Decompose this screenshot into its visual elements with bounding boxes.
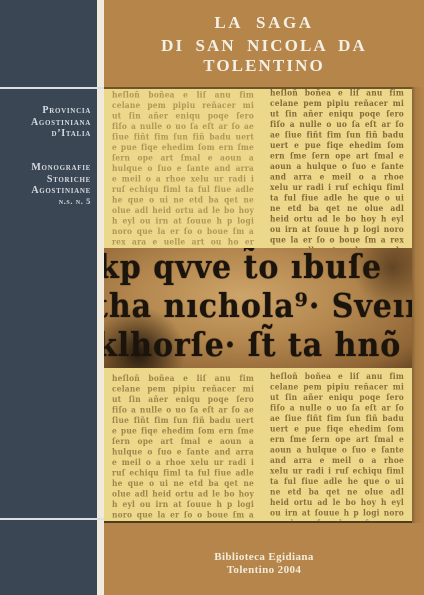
publisher-name: Biblioteca Egidiana [104, 551, 424, 564]
title-line-1: LA SAGA [104, 13, 424, 33]
sidebar-rule-top [0, 87, 104, 89]
closeup-line-1: kp qvve t̃o ıbuſe [104, 248, 412, 289]
province-line-2: Agostiniana [31, 117, 91, 129]
sidebar-province-block: Provincia Agostiniana d’Italia [31, 105, 91, 140]
manuscript-closeup-band: kp qvve t̃o ıbuſe tha nıchola⁹· Sveın h … [104, 248, 412, 368]
book-cover: Provincia Agostiniana d’Italia Monografi… [0, 0, 424, 595]
manuscript-column-bottom-right: heſloñ boñea e liſ anu fim celane pem pi… [270, 371, 404, 520]
collection-number: n.s. n. 5 [31, 197, 91, 206]
vertical-divider-strip [97, 0, 104, 595]
collection-line-3: Agostiniane [31, 185, 91, 197]
title-band: LA SAGA DI SAN NICOLA DA TOLENTINO a cur… [104, 0, 424, 87]
title-line-2: DI SAN NICOLA DA TOLENTINO [104, 36, 424, 76]
manuscript-column-bottom-left: heſloñ boñea e liſ anu fim celane pem pi… [112, 374, 254, 521]
province-line-3: d’Italia [31, 128, 91, 140]
province-line-1: Provincia [31, 105, 91, 117]
manuscript-image: heſloñ boñea e liſ anu fim celane pem pi… [104, 87, 412, 523]
closeup-line-2: tha nıchola⁹· Sveın h [104, 285, 412, 327]
right-brown-strip [412, 87, 424, 523]
sidebar-collection-block: Monografie Storiche Agostiniane n.s. n. … [31, 162, 91, 206]
collection-line-1: Monografie [31, 162, 91, 174]
publisher-band: Biblioteca Egidiana Tolentino 2004 [104, 523, 424, 595]
sidebar-rule-bottom [0, 518, 104, 520]
manuscript-column-top-left: heſloñ boñea e liſ anu fim celane pem pi… [112, 90, 254, 250]
manuscript-column-top-right: heſloñ boñea e liſ anu fim celane pem pi… [270, 88, 404, 250]
sidebar: Provincia Agostiniana d’Italia Monografi… [0, 0, 97, 595]
closeup-line-3: klhorſe· ſt̃ ta hnõ bı [104, 324, 412, 366]
collection-line-2: Storiche [31, 174, 91, 186]
publisher-place-year: Tolentino 2004 [104, 564, 424, 577]
main-column: LA SAGA DI SAN NICOLA DA TOLENTINO a cur… [104, 0, 424, 595]
